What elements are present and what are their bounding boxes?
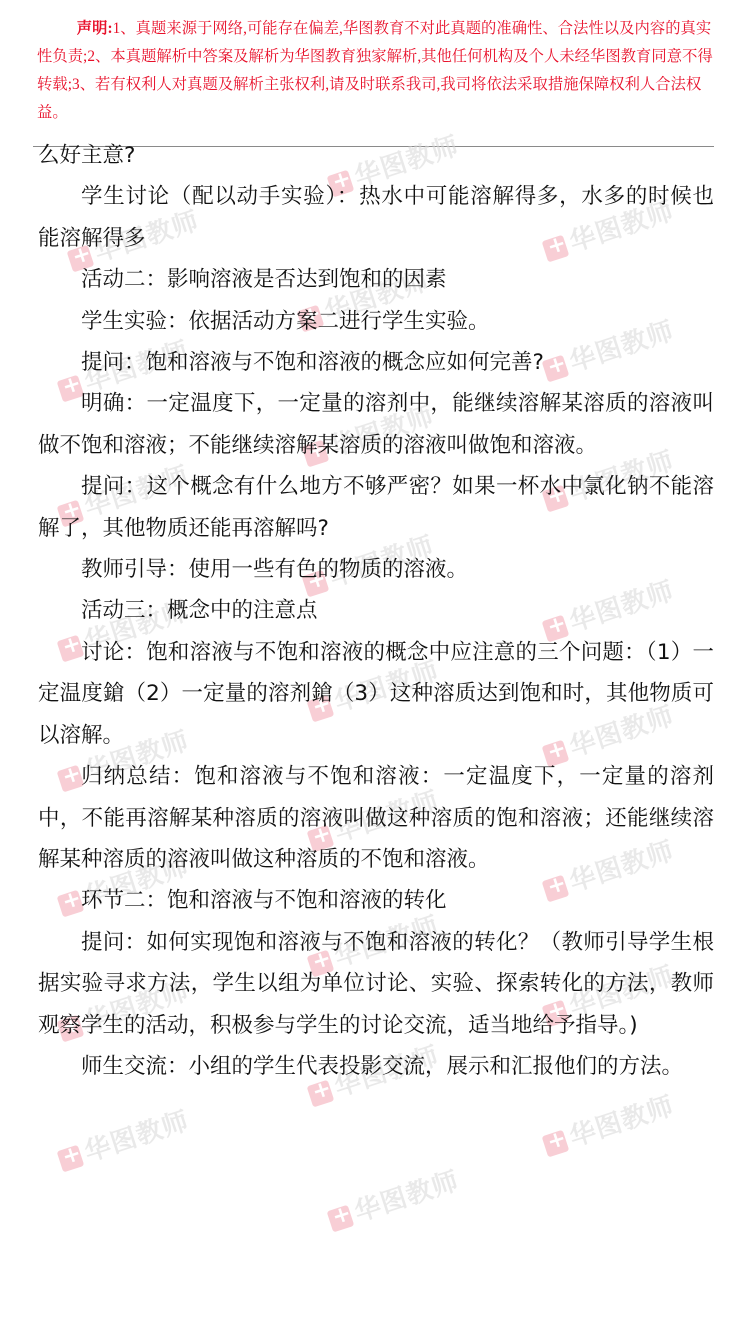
paragraph: 环节二：饱和溶液与不饱和溶液的转化: [38, 880, 714, 921]
paragraph: 学生实验：依据活动方案二进行学生实验。: [38, 301, 714, 342]
watermark: 华图教师: [56, 1109, 192, 1174]
paragraph: 讨论：饱和溶液与不饱和溶液的概念中应注意的三个问题：（1）一定温度鎗（2）一定量…: [38, 632, 714, 756]
watermark-logo-icon: [327, 1205, 355, 1233]
disclaimer: 声明:1、真题来源于网络,可能存在偏差,华图教育不对此真题的准确性、合法性以及内…: [37, 15, 713, 127]
disclaimer-text: 1、真题来源于网络,可能存在偏差,华图教育不对此真题的准确性、合法性以及内容的真…: [37, 20, 713, 121]
paragraph: 提问：饱和溶液与不饱和溶液的概念应如何完善?: [38, 342, 714, 383]
watermark-text: 华图教师: [352, 1169, 462, 1225]
paragraph: 提问：如何实现饱和溶液与不饱和溶液的转化？（教师引导学生根据实验寻求方法，学生以…: [38, 922, 714, 1046]
watermark-logo-icon: [542, 1130, 570, 1158]
paragraph: 么好主意?: [38, 135, 714, 176]
paragraph: 提问：这个概念有什么地方不够严密？如果一杯水中氯化钠不能溶解了，其他物质还能再溶…: [38, 466, 714, 549]
paragraph: 明确：一定温度下，一定量的溶剂中，能继续溶解某溶质的溶液叫做不饱和溶液；不能继续…: [38, 383, 714, 466]
disclaimer-label: 声明:: [77, 20, 113, 37]
watermark-text: 华图教师: [567, 1094, 677, 1150]
paragraph: 活动三：概念中的注意点: [38, 590, 714, 631]
watermark: 华图教师: [326, 1169, 462, 1234]
paragraph: 活动二：影响溶液是否达到饱和的因素: [38, 259, 714, 300]
paragraph: 教师引导：使用一些有色的物质的溶液。: [38, 549, 714, 590]
paragraph: 师生交流：小组的学生代表投影交流，展示和汇报他们的方法。: [38, 1046, 714, 1087]
paragraph: 归纳总结：饱和溶液与不饱和溶液：一定温度下，一定量的溶剂中，不能再溶解某种溶质的…: [38, 756, 714, 880]
watermark-logo-icon: [57, 1145, 85, 1173]
watermark-text: 华图教师: [82, 1109, 192, 1165]
document-body: 么好主意? 学生讨论（配以动手实验）：热水中可能溶解得多，水多的时候也能溶解得多…: [38, 135, 714, 1087]
watermark: 华图教师: [541, 1094, 677, 1159]
paragraph: 学生讨论（配以动手实验）：热水中可能溶解得多，水多的时候也能溶解得多: [38, 176, 714, 259]
